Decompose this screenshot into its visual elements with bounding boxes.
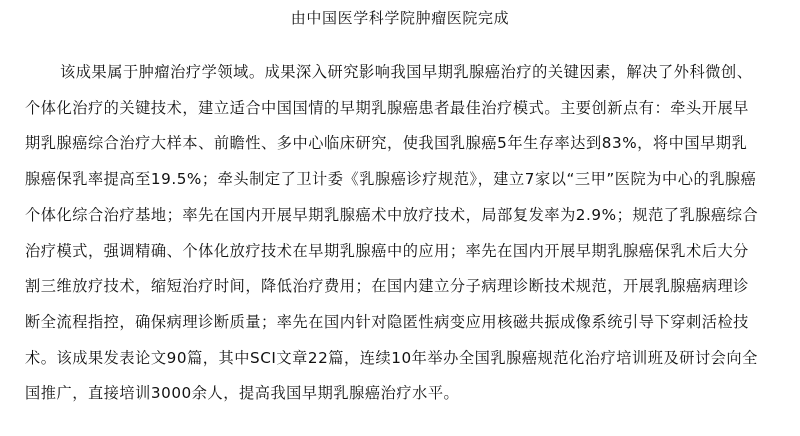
document-page: 由中国医学科学院肿瘤医院完成 该成果属于肿瘤治疗学领域。成果深入研究影响我国早期… bbox=[0, 0, 800, 436]
paragraph-line: 个体化综合治疗基地；率先在国内开展早期乳腺癌术中放疗技术，局部复发率为2.9%；… bbox=[25, 197, 758, 233]
document-title: 由中国医学科学院肿瘤医院完成 bbox=[0, 8, 800, 28]
paragraph-line: 期乳腺癌综合治疗大样本、前瞻性、多中心临床研究，使我国乳腺癌5年生存率达到83%… bbox=[25, 125, 747, 161]
paragraph-line: 术。该成果发表论文90篇，其中SCI文章22篇，连续10年举办全国乳腺癌规范化治… bbox=[25, 340, 758, 376]
paragraph-line: 断全流程指控，确保病理诊断质量；率先在国内针对隐匿性病变应用核磁共振成像系统引导… bbox=[25, 304, 749, 340]
paragraph-line: 治疗模式，强调精确、个体化放疗技术在早期乳腺癌中的应用；率先在国内开展早期乳腺癌… bbox=[25, 233, 749, 269]
paragraph-line: 个体化治疗的关键技术，建立适合中国国情的早期乳腺癌患者最佳治疗模式。主要创新点有… bbox=[25, 90, 749, 126]
paragraph-line: 国推广，直接培训3000余人，提高我国早期乳腺癌治疗水平。 bbox=[25, 375, 459, 411]
paragraph-line: 腺癌保乳率提高至19.5%；牵头制定了卫计委《乳腺癌诊疗规范》，建立7家以“三甲… bbox=[25, 161, 756, 197]
paragraph-line: 割三维放疗技术，缩短治疗时间，降低治疗费用；在国内建立分子病理诊断技术规范，开展… bbox=[25, 268, 749, 304]
paragraph-line: 该成果属于肿瘤治疗学领域。成果深入研究影响我国早期乳腺癌治疗的关键因素，解决了外… bbox=[60, 54, 752, 90]
